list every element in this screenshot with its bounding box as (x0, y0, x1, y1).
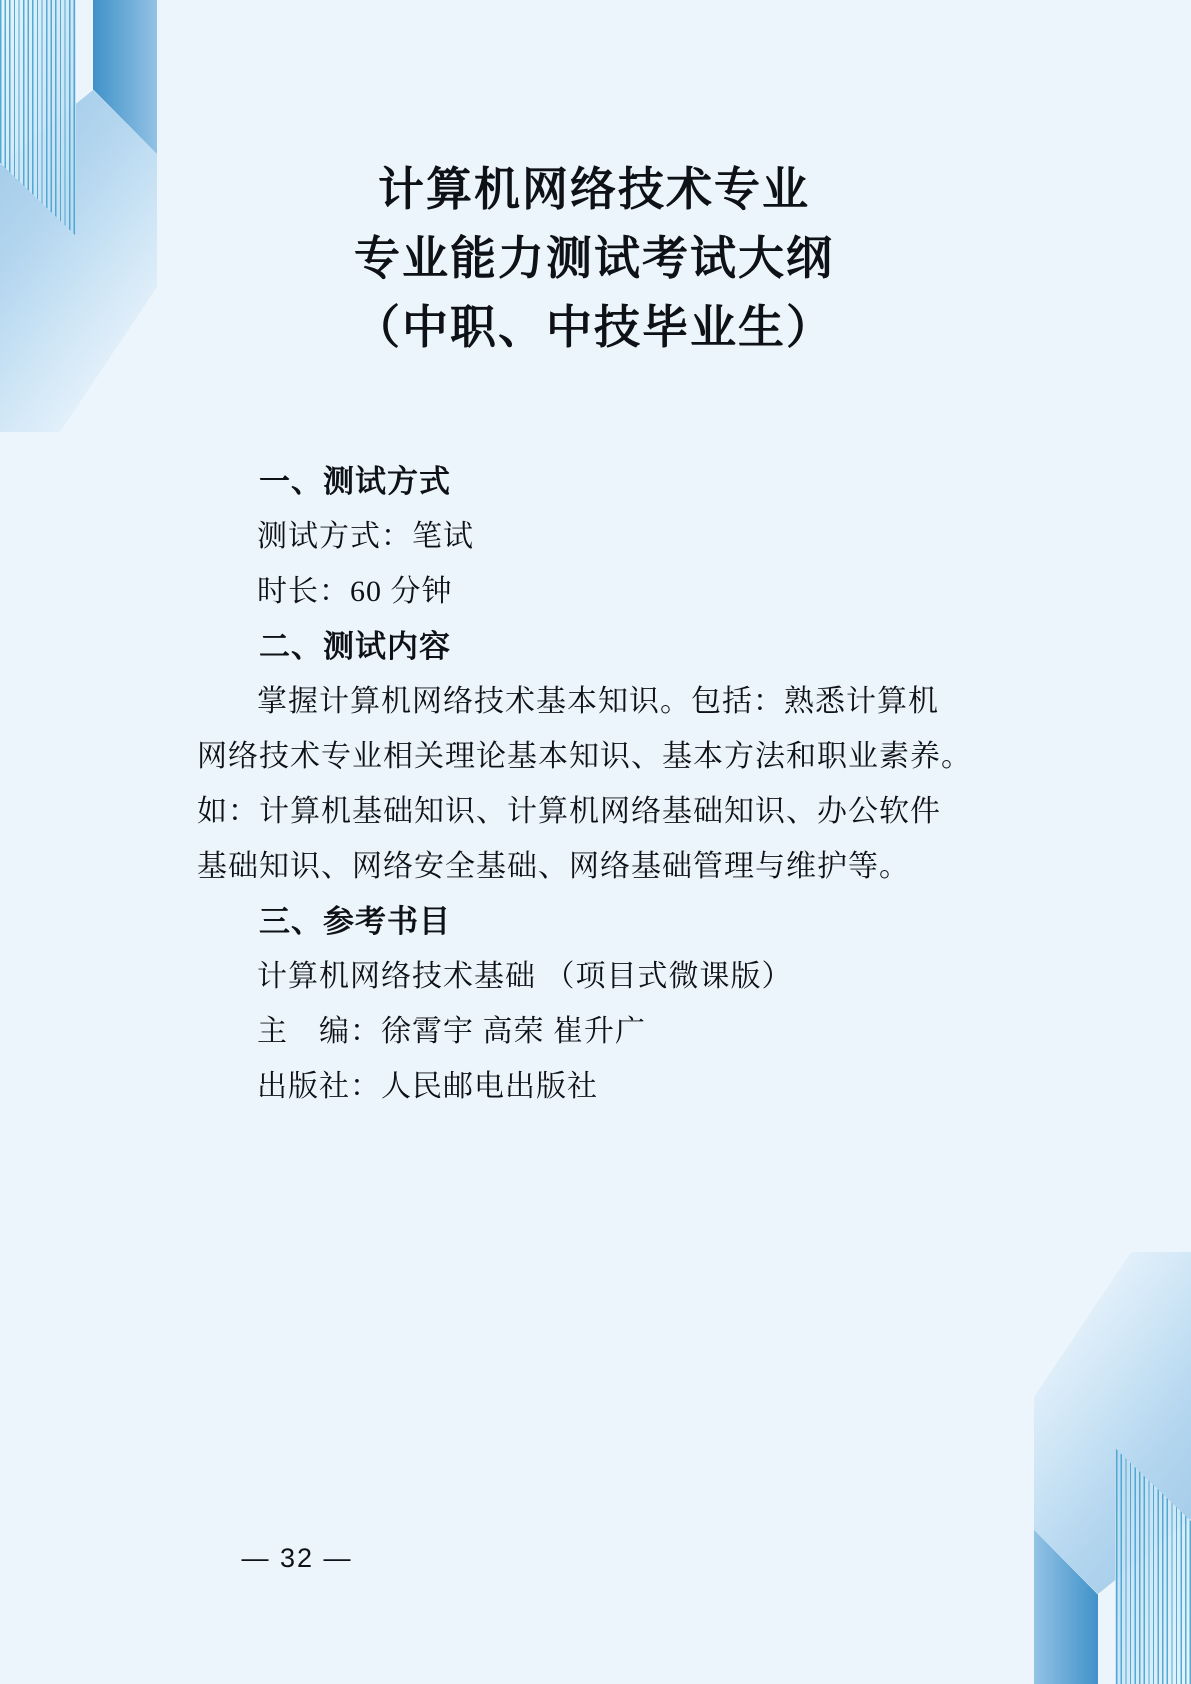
light-blue-slab (0, 88, 157, 432)
text-line: 掌握计算机网络技术基本知识。包括：熟悉计算机 (197, 674, 997, 729)
page-title: 计算机网络技术专业 专业能力测试考试大纲 （中职、中技毕业生） (197, 155, 991, 362)
page-title-line: 专业能力测试考试大纲 (197, 224, 991, 293)
corner-decoration-top-left (0, 0, 160, 432)
pinstripe-pattern (1115, 1448, 1191, 1684)
section-heading-test-content: 二、测试内容 (197, 619, 997, 674)
section-heading-reference-books: 三、参考书目 (197, 894, 997, 949)
page-number: — 32 — (197, 1543, 397, 1574)
text-line: 测试方式：笔试 (197, 509, 997, 564)
pinstripe-pattern (0, 0, 76, 236)
text-line: 网络技术专业相关理论基本知识、基本方法和职业素养。 (197, 729, 997, 784)
blue-gradient-band (1034, 1530, 1098, 1684)
light-blue-slab (1034, 1252, 1191, 1596)
text-line: 时长：60 分钟 (197, 564, 997, 619)
document-page: 计算机网络技术专业 专业能力测试考试大纲 （中职、中技毕业生） 一、测试方式 测… (0, 0, 1191, 1684)
page-title-line: （中职、中技毕业生） (197, 293, 991, 362)
text-line: 如：计算机基础知识、计算机网络基础知识、办公软件 (197, 784, 997, 839)
section-heading-test-method: 一、测试方式 (197, 454, 997, 509)
page-title-line: 计算机网络技术专业 (197, 155, 991, 224)
text-line: 基础知识、网络安全基础、网络基础管理与维护等。 (197, 839, 997, 894)
corner-decoration-bottom-right (1031, 1252, 1191, 1684)
document-body: 一、测试方式 测试方式：笔试 时长：60 分钟 二、测试内容 掌握计算机网络技术… (197, 454, 997, 1114)
blue-gradient-band (93, 0, 157, 154)
text-line-editors: 主 编：徐霄宇 高荣 崔升广 (197, 1004, 997, 1059)
text-line-book-title: 计算机网络技术基础 （项目式微课版） (197, 949, 997, 1004)
text-line-publisher: 出版社：人民邮电出版社 (197, 1059, 997, 1114)
